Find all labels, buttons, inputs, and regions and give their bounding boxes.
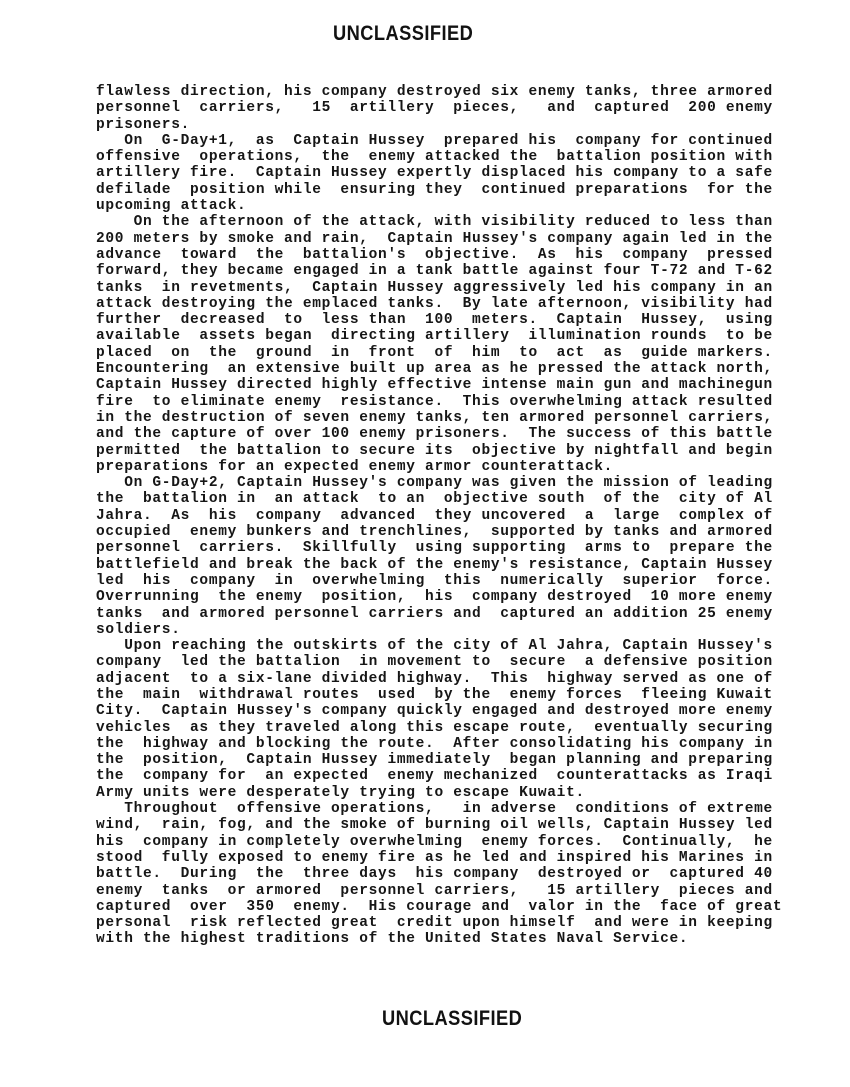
paragraph: On the afternoon of the attack, with vis…: [96, 214, 782, 475]
document-body: flawless direction, his company destroye…: [96, 84, 782, 948]
classification-footer: UNCLASSIFIED: [382, 1007, 522, 1031]
paragraph: flawless direction, his company destroye…: [96, 84, 782, 133]
paragraph: On G-Day+2, Captain Hussey's company was…: [96, 475, 782, 638]
paragraph: Throughout offensive operations, in adve…: [96, 801, 782, 948]
document-page: UNCLASSIFIED flawless direction, his com…: [0, 0, 850, 1087]
paragraph: Upon reaching the outskirts of the city …: [96, 638, 782, 801]
paragraph: On G-Day+1, as Captain Hussey prepared h…: [96, 133, 782, 214]
classification-header: UNCLASSIFIED: [333, 22, 473, 46]
